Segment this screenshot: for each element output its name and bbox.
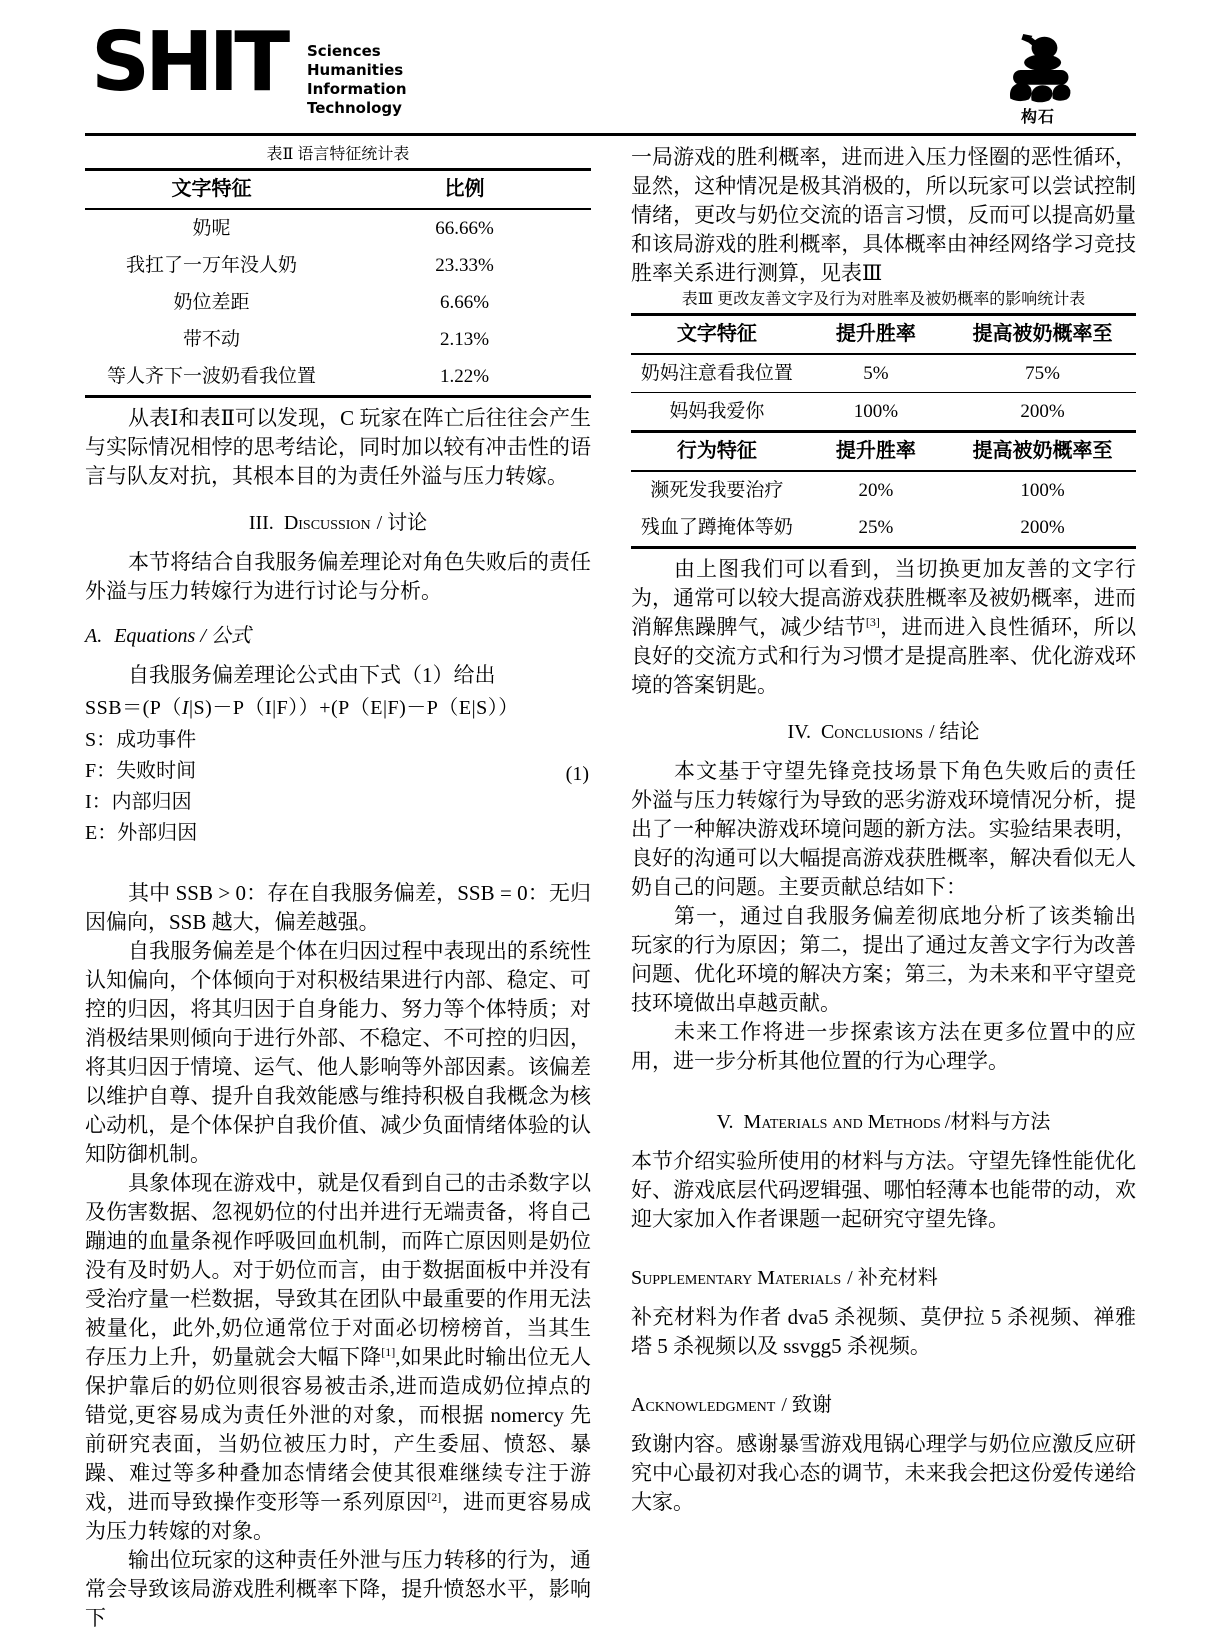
- equation-definitions: S：成功事件 F：失败时间 I：内部归因 E：外部归因 (1): [85, 725, 591, 849]
- citation-ref-3: [3]: [866, 615, 880, 629]
- table3-heal-prob: 200%: [949, 509, 1136, 548]
- section-heading-conclusions: IV.Conclusions/ 结论: [631, 720, 1136, 744]
- rock-pile-icon: [993, 34, 1083, 106]
- table3-winrate: 100%: [803, 393, 949, 432]
- table-row: 我扛了一万年没人奶 23.33%: [85, 247, 591, 284]
- heading-zh: / 补充材料: [847, 1267, 938, 1289]
- section-title-en: Discussion: [284, 512, 371, 534]
- section-number: V.: [717, 1111, 734, 1133]
- section-heading-discussion: III.Discussion/ 讨论: [85, 511, 591, 535]
- table3-col-header: 提高被奶概率至: [949, 432, 1136, 472]
- table2-header-row: 文字特征 比例: [85, 170, 591, 210]
- logo-word-information: Information: [307, 80, 407, 99]
- equation-part: I: [182, 697, 189, 719]
- table-row: 残血了蹲掩体等奶 25% 200%: [631, 509, 1136, 548]
- citation-ref-2: [2]: [427, 1490, 441, 1504]
- table3-winrate: 5%: [803, 354, 949, 393]
- table2-col-header: 比例: [338, 170, 591, 210]
- masthead: SHIT Sciences Humanities Information Tec…: [85, 36, 1136, 130]
- logo-word-humanities: Humanities: [307, 61, 407, 80]
- table2-ratio: 23.33%: [338, 247, 591, 284]
- section-title-zh: / 讨论: [377, 512, 428, 534]
- paragraph-output-player: 输出位玩家的这种责任外泄与压力转移的行为，通常会导致该局游戏胜利概率下降，提升愤…: [85, 1546, 591, 1633]
- section-title-en: Conclusions: [821, 721, 923, 743]
- paragraph-materials: 本节介绍实验所使用的材料与方法。守望先锋性能优化好、游戏底层代码逻辑强、哪怕轻薄…: [631, 1147, 1136, 1234]
- section-title-en: Materials and Methods: [744, 1111, 941, 1133]
- right-column: 一局游戏的胜利概率，进而进入压力怪圈的恶性循环，显然，这种情况是极其消极的，所以…: [631, 143, 1136, 1517]
- table2-col-header: 文字特征: [85, 170, 338, 210]
- organization-mark: 构石: [993, 34, 1083, 127]
- journal-logo-text: SHIT: [91, 22, 285, 104]
- paragraph-discussion-intro: 本节将结合自我服务偏差理论对角色失败后的责任外溢与压力转嫁行为进行讨论与分析。: [85, 548, 591, 606]
- equation-part: |S)－P（I|F））+(P（E|F)－P（E|S））: [189, 697, 519, 719]
- equation-number: (1): [566, 759, 589, 790]
- equation-def-s: S：成功事件: [85, 725, 591, 756]
- table3-friendly-text-behavior: 文字特征 提升胜率 提高被奶概率至 奶妈注意看我位置 5% 75% 妈妈我爱你 …: [631, 313, 1136, 549]
- masthead-rule: [85, 133, 1136, 136]
- table2-feature: 等人齐下一波奶看我位置: [85, 358, 338, 397]
- paragraph-continuation: 一局游戏的胜利概率，进而进入压力怪圈的恶性循环，显然，这种情况是极其消极的，所以…: [631, 143, 1136, 288]
- paragraph-segment: 具象体现在游戏中，就是仅看到自己的击杀数字以及伤害数据、忽视奶位的付出并进行无端…: [85, 1171, 591, 1369]
- paragraph-conclusions-3: 未来工作将进一步探索该方法在更多位置中的应用，进一步分析其他位置的行为心理学。: [631, 1018, 1136, 1076]
- paragraph-ssb-range: 其中 SSB > 0：存在自我服务偏差，SSB = 0：无归因偏向，SSB 越大…: [85, 879, 591, 937]
- paragraph-tables-finding: 从表Ⅰ和表Ⅱ可以发现，C 玩家在阵亡后往往会产生与实际情况相悖的思考结论，同时加…: [85, 404, 591, 491]
- table-row: 奶位差距 6.66%: [85, 284, 591, 321]
- heading-supplementary-materials: Supplementary Materials/ 补充材料: [631, 1264, 1136, 1293]
- left-column: 表Ⅱ 语言特征统计表 文字特征 比例 奶呢 66.66% 我扛了一万年没人奶 2…: [85, 143, 591, 1633]
- logo-word-technology: Technology: [307, 99, 407, 118]
- paragraph-segment: ,如果此时输出位无人保护靠后的奶位则很容易被击杀,进而造成奶位掉点的错觉,更容易…: [85, 1345, 591, 1514]
- table3-caption: 表Ⅲ 更改友善文字及行为对胜率及被奶概率的影响统计表: [631, 290, 1136, 310]
- heading-zh: / 致谢: [781, 1394, 832, 1416]
- table3-winrate: 20%: [803, 471, 949, 509]
- section-number: III.: [249, 512, 274, 534]
- paragraph-conclusions-2: 第一，通过自我服务偏差彻底地分析了该类输出玩家的行为原因；第二，提出了通过友善文…: [631, 902, 1136, 1018]
- table2-feature: 奶位差距: [85, 284, 338, 321]
- paragraph-table3-analysis: 由上图我们可以看到，当切换更加友善的文字行为，通常可以较大提高游戏获胜概率及被奶…: [631, 555, 1136, 700]
- table3-feature: 濒死发我要治疗: [631, 471, 803, 509]
- table3-feature: 残血了蹲掩体等奶: [631, 509, 803, 548]
- table-row: 奶妈注意看我位置 5% 75%: [631, 354, 1136, 393]
- organization-mark-label: 构石: [993, 104, 1083, 127]
- table2-feature: 奶呢: [85, 209, 338, 247]
- subsection-heading-equations: A.Equations / 公式: [85, 622, 591, 651]
- logo-word-sciences: Sciences: [307, 42, 407, 61]
- table3-col-header: 行为特征: [631, 432, 803, 472]
- heading-en: Supplementary Materials: [631, 1267, 841, 1289]
- table-row: 奶呢 66.66%: [85, 209, 591, 247]
- table3-feature: 奶妈注意看我位置: [631, 354, 803, 393]
- table2-ratio: 2.13%: [338, 321, 591, 358]
- equation-def-i: I：内部归因: [85, 787, 591, 818]
- paragraph-ssb-theory: 自我服务偏差是个体在归因过程中表现出的系统性认知偏向，个体倾向于对积极结果进行内…: [85, 937, 591, 1169]
- table-row: 濒死发我要治疗 20% 100%: [631, 471, 1136, 509]
- heading-en: Acknowledgment: [631, 1394, 775, 1416]
- section-title-zh: /材料与方法: [945, 1111, 1051, 1133]
- table3-heal-prob: 100%: [949, 471, 1136, 509]
- paragraph-conclusions-1: 本文基于守望先锋竞技场景下角色失败后的责任外溢与压力转嫁行为导致的恶劣游戏环境情…: [631, 757, 1136, 902]
- paragraph-in-game: 具象体现在游戏中，就是仅看到自己的击杀数字以及伤害数据、忽视奶位的付出并进行无端…: [85, 1169, 591, 1546]
- table3-col-header: 文字特征: [631, 315, 803, 355]
- table-row: 带不动 2.13%: [85, 321, 591, 358]
- heading-acknowledgment: Acknowledgment/ 致谢: [631, 1391, 1136, 1420]
- equation-def-f: F：失败时间: [85, 756, 591, 787]
- table3-header-row: 文字特征 提升胜率 提高被奶概率至: [631, 315, 1136, 355]
- table2-caption: 表Ⅱ 语言特征统计表: [85, 145, 591, 165]
- subsection-title: Equations / 公式: [114, 625, 251, 647]
- table-row: 等人齐下一波奶看我位置 1.22%: [85, 358, 591, 397]
- journal-logo-words: Sciences Humanities Information Technolo…: [307, 42, 407, 118]
- paper-page: SHIT Sciences Humanities Information Tec…: [0, 0, 1224, 1584]
- table2-ratio: 1.22%: [338, 358, 591, 397]
- table3-header-row: 行为特征 提升胜率 提高被奶概率至: [631, 432, 1136, 472]
- paragraph-acknowledgment: 致谢内容。感谢暴雪游戏甩锅心理学与奶位应激反应研究中心最初对我心态的调节，未来我…: [631, 1430, 1136, 1517]
- equation-ssb: SSB＝(P（I|S)－P（I|F））+(P（E|F)－P（E|S））: [85, 694, 591, 723]
- table2-feature: 我扛了一万年没人奶: [85, 247, 338, 284]
- section-title-zh: / 结论: [929, 721, 980, 743]
- table3-feature: 妈妈我爱你: [631, 393, 803, 432]
- table2-language-features: 文字特征 比例 奶呢 66.66% 我扛了一万年没人奶 23.33% 奶位差距 …: [85, 168, 591, 398]
- subsection-number: A.: [85, 625, 102, 647]
- section-number: IV.: [787, 721, 811, 743]
- table3-heal-prob: 75%: [949, 354, 1136, 393]
- table3-col-header: 提升胜率: [803, 315, 949, 355]
- equation-part: SSB＝(P（: [85, 697, 182, 719]
- equation-intro: 自我服务偏差理论公式由下式（1）给出: [85, 661, 591, 690]
- table2-ratio: 66.66%: [338, 209, 591, 247]
- table2-feature: 带不动: [85, 321, 338, 358]
- equation-def-e: E：外部归因: [85, 818, 591, 849]
- paragraph-supplementary: 补充材料为作者 dva5 杀视频、莫伊拉 5 杀视频、禅雅塔 5 杀视频以及 s…: [631, 1303, 1136, 1361]
- table2-ratio: 6.66%: [338, 284, 591, 321]
- table3-col-header: 提升胜率: [803, 432, 949, 472]
- table3-heal-prob: 200%: [949, 393, 1136, 432]
- table-row: 妈妈我爱你 100% 200%: [631, 393, 1136, 432]
- table3-col-header: 提高被奶概率至: [949, 315, 1136, 355]
- table3-winrate: 25%: [803, 509, 949, 548]
- citation-ref-1: [1]: [381, 1345, 395, 1359]
- section-heading-materials: V.Materials and Methods/材料与方法: [631, 1110, 1136, 1134]
